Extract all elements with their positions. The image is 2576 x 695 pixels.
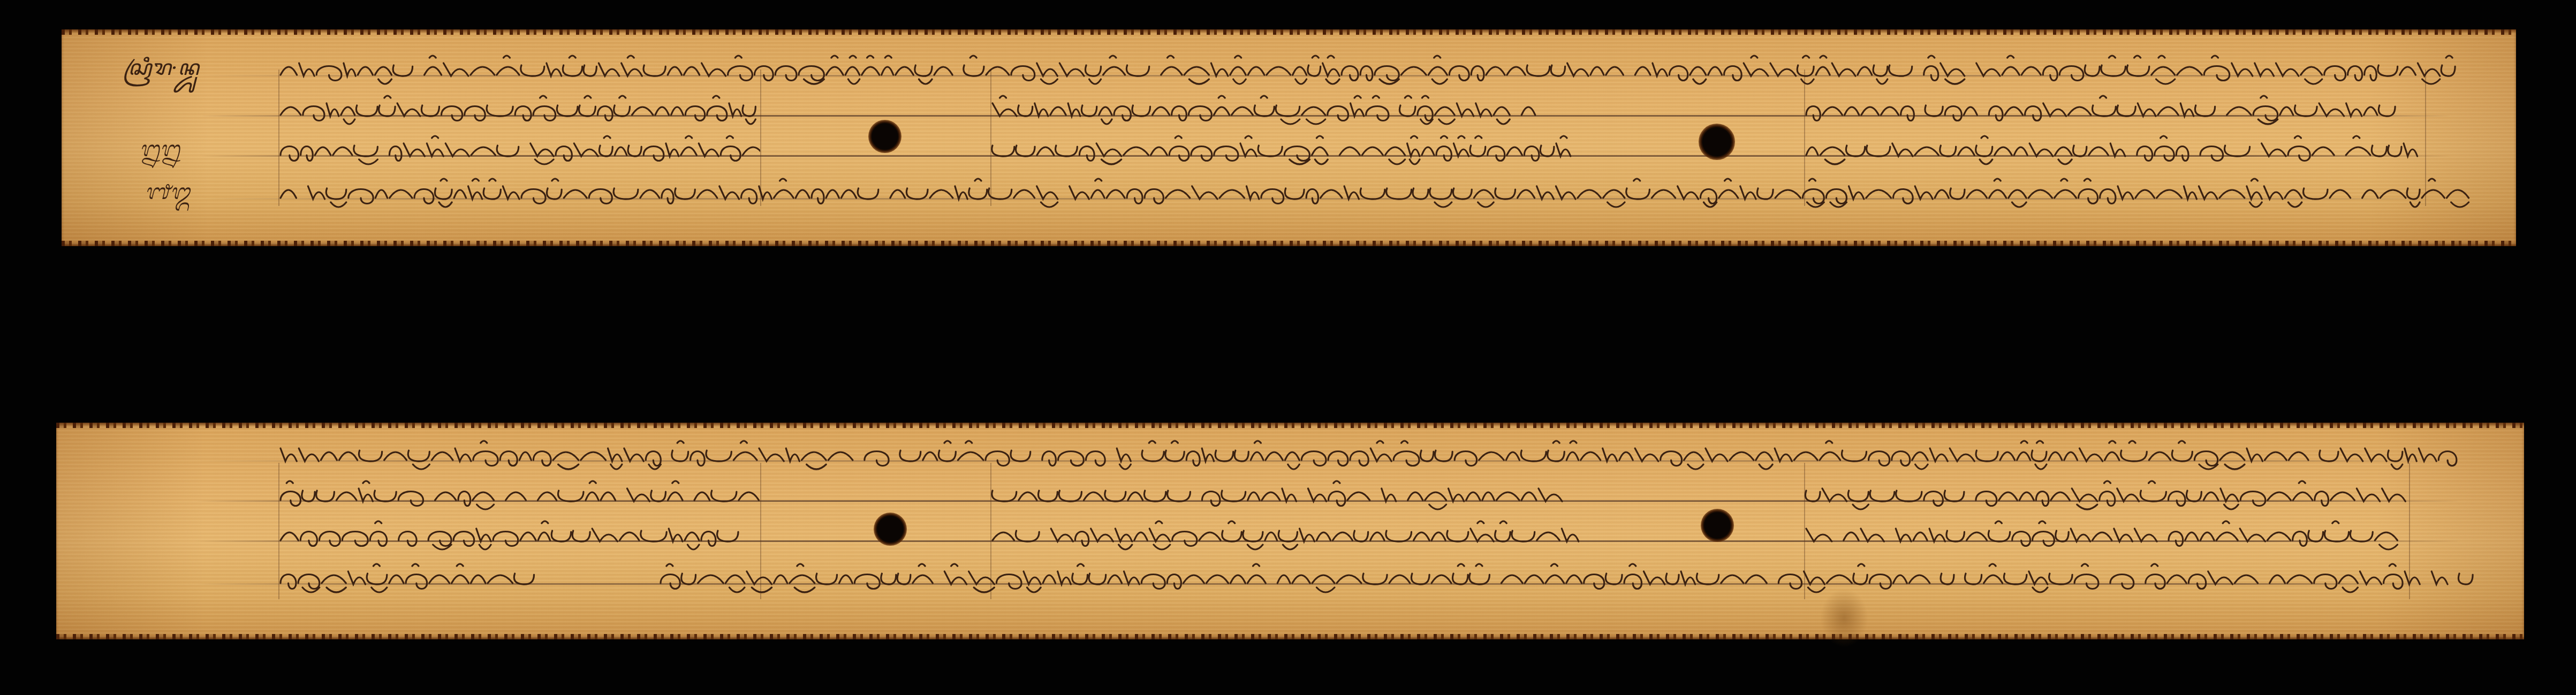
script-line [1804,134,2425,171]
binding-hole [874,513,907,546]
palm-leaf-bottom: Balinese script line 1 (full width)Balin… [56,423,2524,639]
script-line [278,177,2473,214]
script-line [990,519,1579,556]
script-line [278,134,760,171]
script-line [278,439,2473,476]
script-line [990,479,1579,516]
frayed-edge-top [62,29,2516,35]
script-line [990,94,1552,131]
binding-hole [1701,509,1734,542]
script-line [278,519,749,556]
script-line [658,562,2479,599]
frayed-edge-top [56,423,2524,428]
margin-label: ᭒᭒ [139,134,180,172]
frayed-edge-bottom [56,634,2524,639]
binding-hole [868,120,901,153]
frayed-edge-bottom [62,241,2516,246]
script-line [990,134,1579,171]
script-line [278,479,776,516]
script-line [1804,479,2409,516]
script-line [278,54,2473,91]
binding-hole [1699,124,1735,160]
script-line [1804,519,2409,556]
palm-leaf-top: Balinese script line 1 (full width)Balin… [62,29,2516,246]
script-line [278,562,546,599]
script-line [278,94,760,131]
script-line [1804,94,2420,131]
margin-label: ᭑᭓ [145,177,191,215]
margin-label: ꦱꦿꦶꦫ·ꦤ꧀ꦢꦸ [123,51,199,95]
